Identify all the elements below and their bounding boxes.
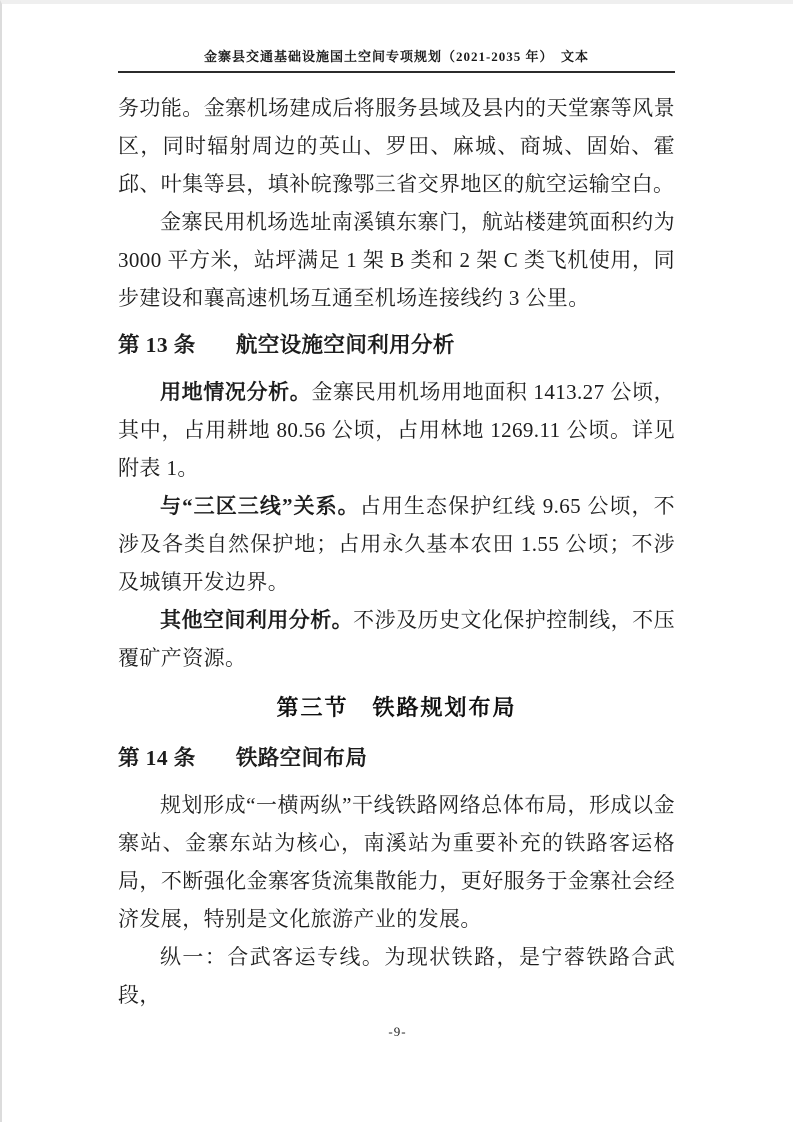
article-13-number: 第 13 条 (118, 333, 196, 357)
paragraph-railway-layout: 规划形成“一横两纵”干线铁路网络总体布局，形成以金寨站、金寨东站为核心，南溪站为… (118, 786, 675, 938)
paragraph-airport-function-continuation: 务功能。金寨机场建成后将服务县域及县内的天堂寨等风景区，同时辐射周边的英山、罗田… (118, 89, 675, 203)
document-page: 金寨县交通基础设施国土空间专项规划（2021-2035 年） 文本 务功能。金寨… (0, 0, 793, 1122)
article-14-heading: 第 14 条 铁路空间布局 (118, 739, 675, 777)
page-header: 金寨县交通基础设施国土空间专项规划（2021-2035 年） 文本 (118, 46, 675, 73)
paragraph-other-space-analysis: 其他空间利用分析。不涉及历史文化保护控制线，不压覆矿产资源。 (118, 601, 675, 677)
page-number: -9- (2, 1024, 793, 1040)
article-13-title: 航空设施空间利用分析 (236, 333, 455, 357)
section-3-heading: 第三节 铁路规划布局 (118, 689, 675, 727)
paragraph-land-use-analysis: 用地情况分析。金寨民用机场用地面积 1413.27 公顷，其中，占用耕地 80.… (118, 373, 675, 487)
paragraph-vertical-line-one: 纵一：合武客运专线。为现状铁路，是宁蓉铁路合武段， (118, 938, 675, 1014)
document-body: 务功能。金寨机场建成后将服务县域及县内的天堂寨等风景区，同时辐射周边的英山、罗田… (118, 89, 675, 1014)
paragraph-land-use-lead: 用地情况分析。 (160, 380, 311, 404)
article-14-title: 铁路空间布局 (236, 746, 367, 770)
paragraph-airport-site: 金寨民用机场选址南溪镇东寨门，航站楼建筑面积约为 3000 平方米，站坪满足 1… (118, 203, 675, 317)
paragraph-three-zones-lead: 与“三区三线”关系。 (160, 494, 360, 518)
page-content-area: 金寨县交通基础设施国土空间专项规划（2021-2035 年） 文本 务功能。金寨… (2, 4, 793, 1014)
article-13-heading: 第 13 条 航空设施空间利用分析 (118, 326, 675, 364)
paragraph-other-space-lead: 其他空间利用分析。 (160, 608, 353, 632)
paragraph-three-zones-relation: 与“三区三线”关系。占用生态保护红线 9.65 公顷，不涉及各类自然保护地；占用… (118, 487, 675, 601)
article-14-number: 第 14 条 (118, 746, 196, 770)
header-rule (118, 71, 675, 73)
document-header-title: 金寨县交通基础设施国土空间专项规划（2021-2035 年） 文本 (118, 46, 675, 65)
